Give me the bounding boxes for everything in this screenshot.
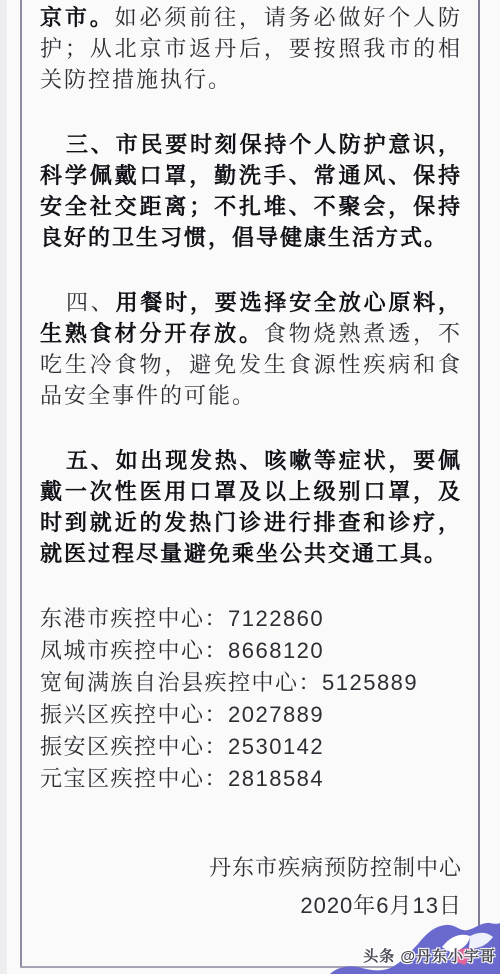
contact-line: 振兴区疾控中心：2027889 bbox=[40, 699, 462, 731]
notice-paragraph: 四、用餐时，要选择安全放心原料，生熟食材分开存放。食物烧熟煮透，不吃生冷食物，避… bbox=[40, 287, 462, 411]
notice-paragraph: 三、市民要时刻保持个人防护意识，科学佩戴口罩，勤洗手、常通风、保持安全社交距离；… bbox=[40, 129, 462, 253]
contact-line: 元宝区疾控中心：2818584 bbox=[40, 763, 462, 795]
page-border-right bbox=[478, 0, 480, 967]
signature-line: 丹东市疾病预防控制中心 bbox=[40, 849, 462, 887]
notice-paragraph: 京市。如必须前往，请务必做好个人防护；从北京市返丹后，要按照我市的相关防控措施执… bbox=[40, 2, 462, 95]
contact-line: 凤城市疾控中心：8668120 bbox=[40, 635, 462, 667]
paragraph-run-bold: 三、市民要时刻保持个人防护意识，科学佩戴口罩，勤洗手、常通风、保持安全社交距离；… bbox=[40, 132, 462, 250]
notice-page: 京市。如必须前往，请务必做好个人防护；从北京市返丹后，要按照我市的相关防控措施执… bbox=[0, 0, 500, 974]
notice-paragraph: 五、如出现发热、咳嗽等症状，要佩戴一次性医用口罩及以上级别口罩，及时到就近的发热… bbox=[40, 445, 462, 569]
paragraph-run: 四、 bbox=[66, 290, 116, 315]
watermark: 头条 @丹东小宇哥 bbox=[330, 912, 500, 974]
contact-line: 东港市疾控中心：7122860 bbox=[40, 603, 462, 635]
contact-line: 振安区疾控中心：2530142 bbox=[40, 731, 462, 763]
notice-paragraphs: 京市。如必须前往，请务必做好个人防护；从北京市返丹后，要按照我市的相关防控措施执… bbox=[40, 2, 462, 569]
watermark-text: 头条 @丹东小宇哥 bbox=[363, 945, 496, 966]
contact-list: 东港市疾控中心：7122860凤城市疾控中心：8668120宽甸满族自治县疾控中… bbox=[40, 603, 462, 795]
photo-edge-shade bbox=[0, 0, 7, 974]
contact-line: 宽甸满族自治县疾控中心：5125889 bbox=[40, 667, 462, 699]
page-border-left bbox=[20, 0, 22, 967]
paragraph-run-bold: 京市。 bbox=[40, 5, 115, 30]
paragraph-run-bold: 五、如出现发热、咳嗽等症状，要佩戴一次性医用口罩及以上级别口罩，及时到就近的发热… bbox=[40, 448, 462, 566]
notice-content: 京市。如必须前往，请务必做好个人防护；从北京市返丹后，要按照我市的相关防控措施执… bbox=[40, 2, 462, 925]
